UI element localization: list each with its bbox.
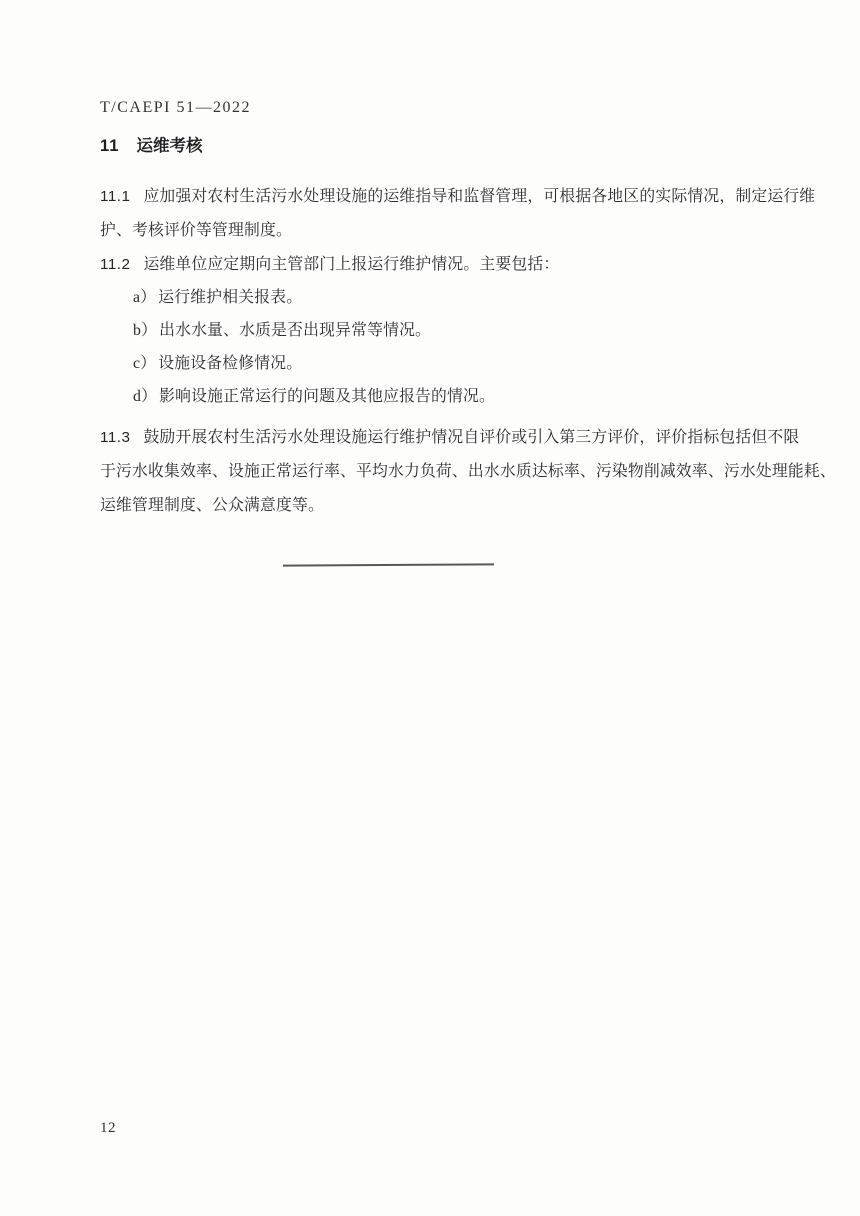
section-title: 运维考核: [136, 137, 202, 155]
clause-line: 11.2运维单位应定期向主管部门上报运行维护情况。主要包括：: [100, 248, 559, 282]
clause-11-3: 11.3鼓励开展农村生活污水处理设施运行维护情况自评价或引入第三方评价，评价指标…: [100, 421, 836, 523]
list-item-label: a）: [133, 289, 156, 306]
document-page: T/CAEPI 51—2022 11运维考核 11.1应加强对农村生活污水处理设…: [0, 0, 860, 1216]
list-item-d: d）影响设施正常运行的问题及其他应报告的情况。: [133, 386, 495, 408]
clause-line: 于污水收集效率、设施正常运行率、平均水力负荷、出水水质达标率、污染物削减效率、污…: [100, 455, 836, 489]
clause-line: 11.1应加强对农村生活污水处理设施的运维指导和监督管理，可根据各地区的实际情况…: [100, 180, 815, 214]
clause-number: 11.3: [100, 429, 130, 446]
list-item-text: 运行维护相关报表。: [158, 289, 302, 306]
clause-11-2: 11.2运维单位应定期向主管部门上报运行维护情况。主要包括：: [100, 248, 559, 282]
clause-line: 护、考核评价等管理制度。: [100, 214, 815, 248]
clause-text: 运维管理制度、公众满意度等。: [100, 497, 324, 514]
list-item-label: b）: [133, 322, 157, 339]
clause-text: 应加强对农村生活污水处理设施的运维指导和监督管理，可根据各地区的实际情况，制定运…: [143, 188, 815, 205]
clause-line: 11.3鼓励开展农村生活污水处理设施运行维护情况自评价或引入第三方评价，评价指标…: [100, 421, 836, 455]
page-number: 12: [100, 1120, 116, 1137]
clause-text: 运维单位应定期向主管部门上报运行维护情况。主要包括：: [143, 256, 559, 273]
list-item-label: c）: [133, 355, 156, 372]
clause-line: 运维管理制度、公众满意度等。: [100, 489, 836, 523]
list-item-label: d）: [133, 388, 157, 405]
end-of-text-divider: [283, 563, 494, 566]
clause-text: 鼓励开展农村生活污水处理设施运行维护情况自评价或引入第三方评价，评价指标包括但不…: [143, 429, 799, 446]
section-number: 11: [100, 137, 119, 155]
list-item-a: a）运行维护相关报表。: [133, 287, 302, 309]
clause-11-1: 11.1应加强对农村生活污水处理设施的运维指导和监督管理，可根据各地区的实际情况…: [100, 180, 815, 248]
clause-number: 11.1: [100, 188, 130, 205]
section-heading: 11运维考核: [100, 132, 202, 156]
list-item-text: 影响设施正常运行的问题及其他应报告的情况。: [159, 388, 495, 405]
list-item-b: b）出水水量、水质是否出现异常等情况。: [133, 320, 431, 342]
clause-text: 护、考核评价等管理制度。: [100, 222, 292, 239]
list-item-c: c）设施设备检修情况。: [133, 353, 302, 375]
clause-number: 11.2: [100, 256, 130, 273]
document-code-header: T/CAEPI 51—2022: [100, 99, 251, 117]
list-item-text: 出水水量、水质是否出现异常等情况。: [159, 322, 431, 339]
clause-text: 于污水收集效率、设施正常运行率、平均水力负荷、出水水质达标率、污染物削减效率、污…: [100, 463, 836, 480]
list-item-text: 设施设备检修情况。: [158, 355, 302, 372]
